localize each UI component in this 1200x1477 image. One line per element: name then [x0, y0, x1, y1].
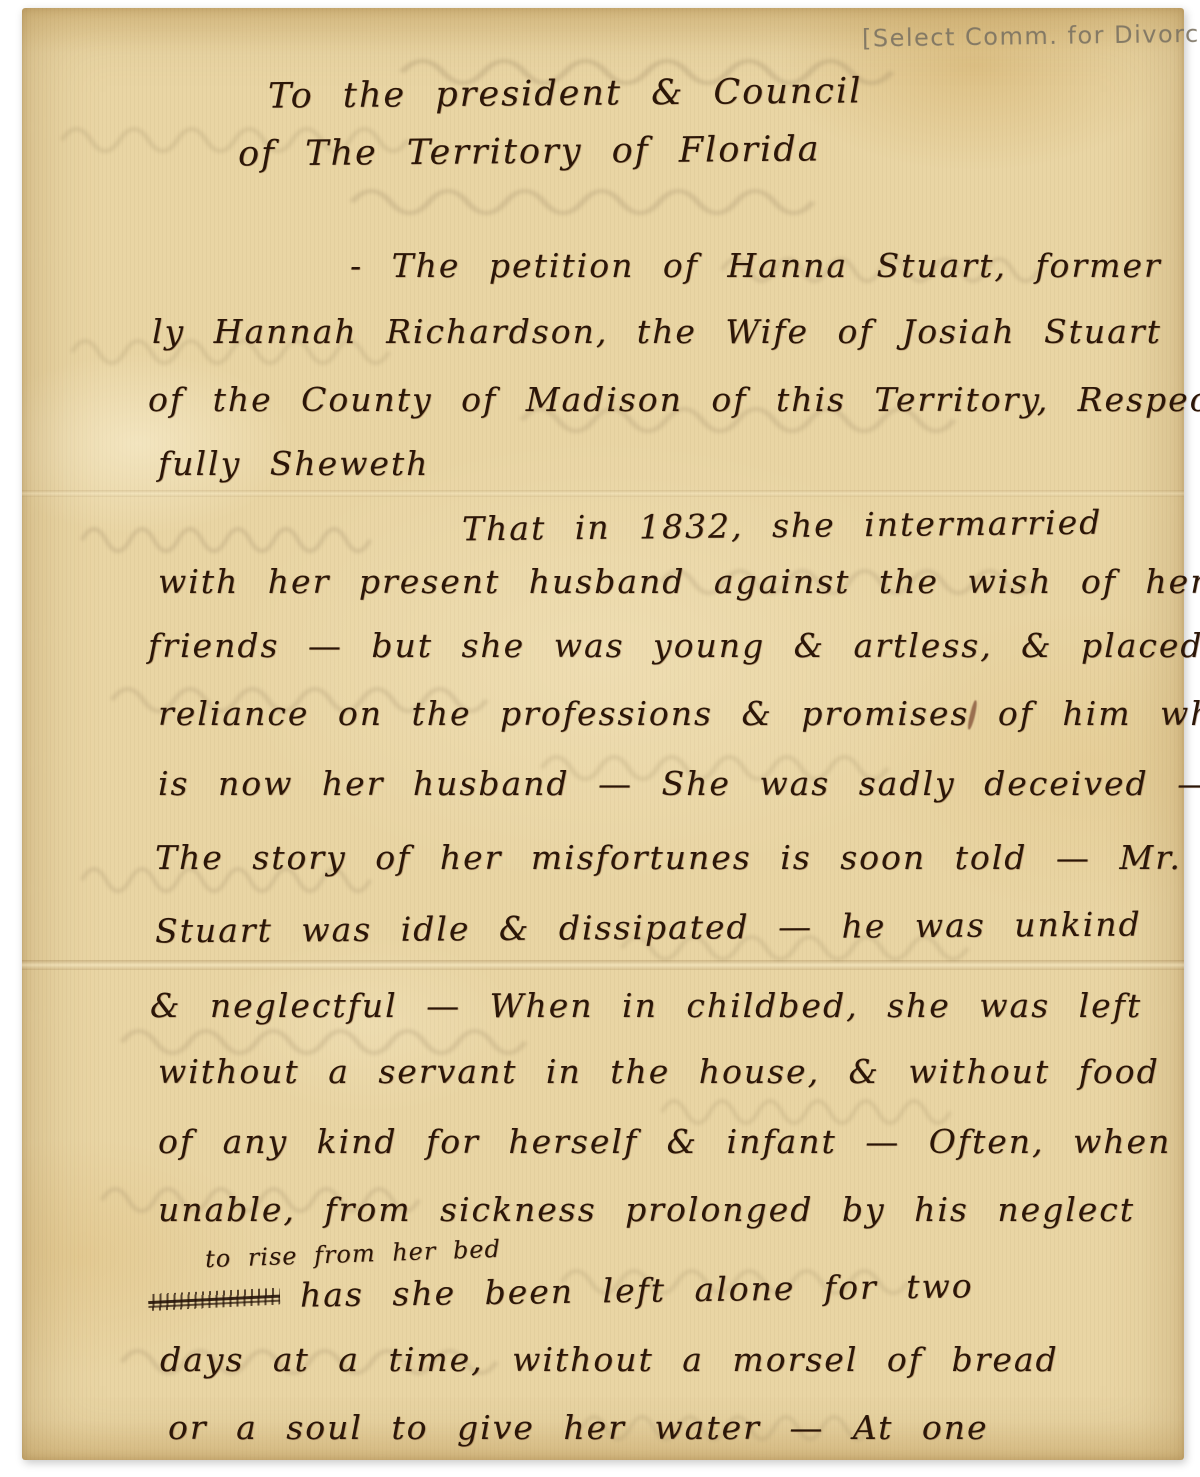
manuscript-line: friends — but she was young & artless, &… [148, 626, 1200, 665]
scanned-manuscript-page: [Select Comm. for Divorce] To the presid… [22, 8, 1184, 1460]
fold-crease-lower [22, 960, 1184, 970]
heading-line: of The Territory of Florida [238, 129, 821, 174]
manuscript-line: of any kind for herself & infant — Often… [158, 1122, 1171, 1161]
manuscript-line: has she been left alone for two [148, 1266, 974, 1317]
manuscript-line: is now her husband — She was sadly decei… [158, 764, 1200, 803]
struck-out-word [148, 1287, 281, 1310]
manuscript-line: reliance on the professions & promises o… [158, 694, 1200, 733]
manuscript-line-text: has she been left alone for two [300, 1266, 974, 1314]
bleed-through-writing [22, 8, 1184, 1460]
manuscript-line: The story of her misfortunes is soon tol… [155, 838, 1182, 877]
scan-canvas: { "annotation": { "text": "[Select Comm.… [0, 0, 1200, 1477]
heading-line: To the president & Council [268, 71, 863, 116]
manuscript-line: - The petition of Hanna Stuart, former [350, 246, 1162, 285]
manuscript-line: or a soul to give her water — At one [168, 1408, 989, 1447]
manuscript-line: fully Sheweth [158, 444, 429, 483]
manuscript-line: days at a time, without a morsel of brea… [160, 1340, 1059, 1379]
manuscript-line: without a servant in the house, & withou… [158, 1052, 1160, 1091]
manuscript-line: That in 1832, she intermarried [462, 503, 1103, 549]
pencil-annotation: [Select Comm. for Divorce] [862, 19, 1200, 52]
manuscript-line: Stuart was idle & dissipated — he was un… [155, 905, 1142, 951]
manuscript-line: with her present husband against the wis… [158, 562, 1200, 601]
fold-crease-upper [22, 490, 1184, 497]
manuscript-line: of the County of Madison of this Territo… [148, 380, 1200, 419]
interlined-insertion: to rise from her bed [205, 1235, 502, 1273]
manuscript-line: unable, from sickness prolonged by his n… [158, 1190, 1135, 1229]
manuscript-line: ly Hannah Richardson, the Wife of Josiah… [152, 312, 1162, 351]
manuscript-line: & neglectful — When in childbed, she was… [150, 986, 1142, 1025]
